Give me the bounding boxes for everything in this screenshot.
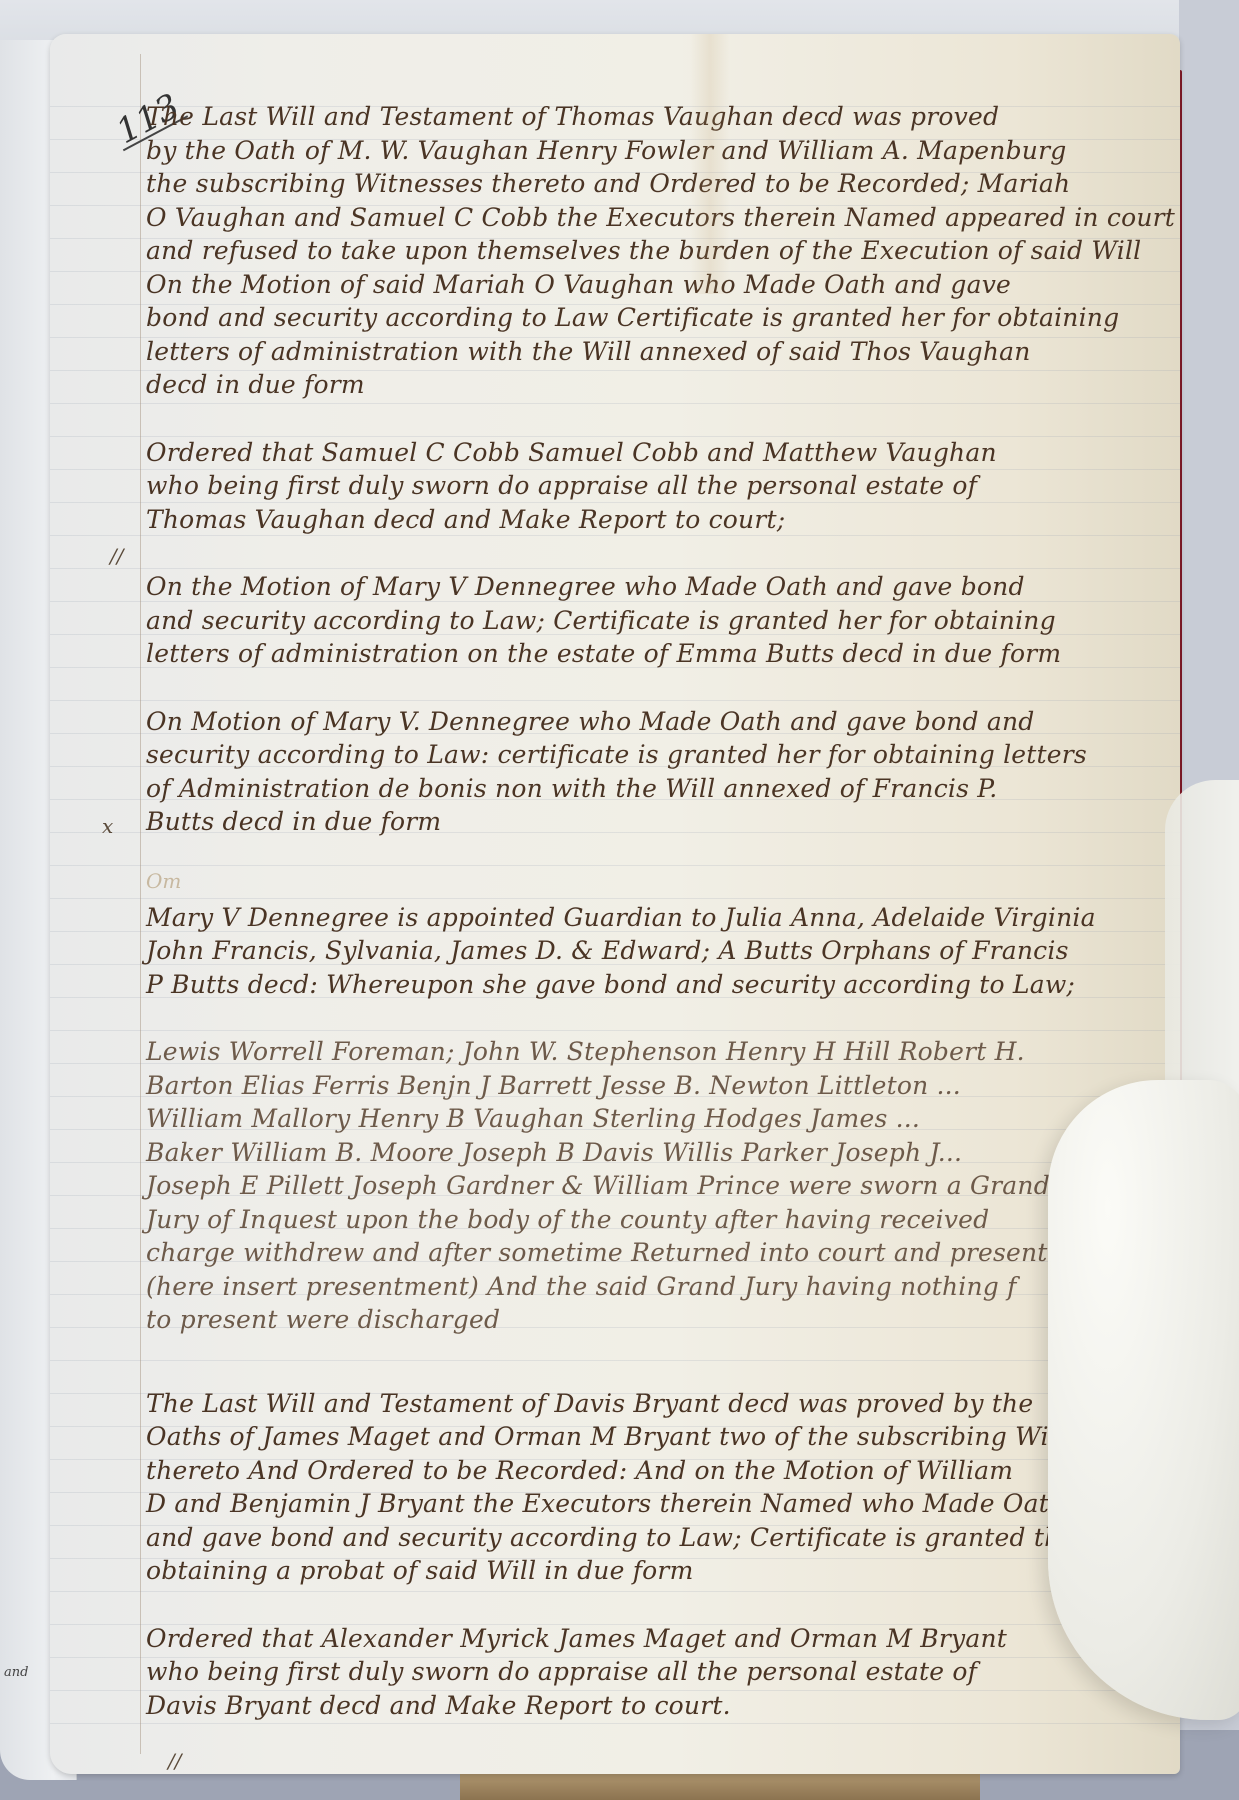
text-line: security according to Law: certificate i… (146, 738, 1166, 772)
text-line: D and Benjamin J Bryant the Executors th… (146, 1487, 1166, 1521)
text-line: William Mallory Henry B Vaughan Sterling… (146, 1102, 1166, 1136)
text-line: and gave bond and security according to … (146, 1521, 1166, 1555)
text-line: and refused to take upon themselves the … (146, 234, 1166, 268)
text-line: Oaths of James Maget and Orman M Bryant … (146, 1420, 1166, 1454)
margin-mark: x (102, 814, 113, 838)
book-bottom-edge (460, 1770, 980, 1800)
entry-will-davis-bryant: The Last Will and Testament of Davis Bry… (146, 1387, 1166, 1588)
text-line: The Last Will and Testament of Thomas Va… (146, 100, 1166, 134)
text-line: by the Oath of M. W. Vaughan Henry Fowle… (146, 134, 1166, 168)
text-line: (here insert presentment) And the said G… (146, 1270, 1166, 1304)
text-line: O Vaughan and Samuel C Cobb the Executor… (146, 201, 1166, 235)
text-line: Butts decd in due form (146, 805, 1166, 839)
text-line: and security according to Law; Certifica… (146, 604, 1166, 638)
text-line: Ordered that Samuel C Cobb Samuel Cobb a… (146, 436, 1166, 470)
text-line: Mary V Dennegree is appointed Guardian t… (146, 901, 1166, 935)
entry-guardian-appointment: Mary V Dennegree is appointed Guardian t… (146, 901, 1166, 1002)
margin-mark: // (110, 544, 123, 568)
entry-order-appraise-vaughan: Ordered that Samuel C Cobb Samuel Cobb a… (146, 436, 1166, 537)
text-line: Jury of Inquest upon the body of the cou… (146, 1203, 1166, 1237)
text-line: Lewis Worrell Foreman; John W. Stephenso… (146, 1035, 1166, 1069)
text-line: decd in due form (146, 368, 1166, 402)
text-line: John Francis, Sylvania, James D. & Edwar… (146, 934, 1166, 968)
text-line: who being first duly sworn do appraise a… (146, 1655, 1166, 1689)
text-line: Thomas Vaughan decd and Make Report to c… (146, 503, 1166, 537)
text-line: The Last Will and Testament of Davis Bry… (146, 1387, 1166, 1421)
minute-entries: The Last Will and Testament of Thomas Va… (146, 100, 1166, 1756)
entry-will-thomas-vaughan: The Last Will and Testament of Thomas Va… (146, 100, 1166, 402)
entry-grand-jury: Lewis Worrell Foreman; John W. Stephenso… (146, 1035, 1166, 1337)
entry-motion-francis-butts: On Motion of Mary V. Dennegree who Made … (146, 705, 1166, 839)
text-line: Barton Elias Ferris Benjn J Barrett Jess… (146, 1069, 1166, 1103)
left-page-margin-text: and (4, 1665, 28, 1680)
text-line: charge withdrew and after sometime Retur… (146, 1236, 1166, 1270)
text-line: who being first duly sworn do appraise a… (146, 469, 1166, 503)
gloved-hand (1048, 1080, 1239, 1720)
manuscript-page: 113 // x Om // The Last Will and Testame… (50, 34, 1180, 1774)
text-line: letters of administration with the Will … (146, 335, 1166, 369)
text-line: obtaining a probat of said Will in due f… (146, 1554, 1166, 1588)
text-line: Joseph E Pillett Joseph Gardner & Willia… (146, 1169, 1166, 1203)
entry-motion-emma-butts: On the Motion of Mary V Dennegree who Ma… (146, 570, 1166, 671)
text-line: P Butts decd: Whereupon she gave bond an… (146, 968, 1166, 1002)
text-line: Davis Bryant decd and Make Report to cou… (146, 1689, 1166, 1723)
text-line: On the Motion of said Mariah O Vaughan w… (146, 268, 1166, 302)
text-line: thereto And Ordered to be Recorded: And … (146, 1454, 1166, 1488)
text-line: On Motion of Mary V. Dennegree who Made … (146, 705, 1166, 739)
text-line: letters of administration on the estate … (146, 637, 1166, 671)
text-line: bond and security according to Law Certi… (146, 301, 1166, 335)
entry-order-appraise-bryant: Ordered that Alexander Myrick James Mage… (146, 1622, 1166, 1723)
text-line: Baker William B. Moore Joseph B Davis Wi… (146, 1136, 1166, 1170)
margin-rule (140, 54, 141, 1754)
text-line: to present were discharged (146, 1303, 1166, 1337)
text-line: the subscribing Witnesses thereto and Or… (146, 167, 1166, 201)
text-line: On the Motion of Mary V Dennegree who Ma… (146, 570, 1166, 604)
text-line: Ordered that Alexander Myrick James Mage… (146, 1622, 1166, 1656)
text-line: of Administration de bonis non with the … (146, 772, 1166, 806)
